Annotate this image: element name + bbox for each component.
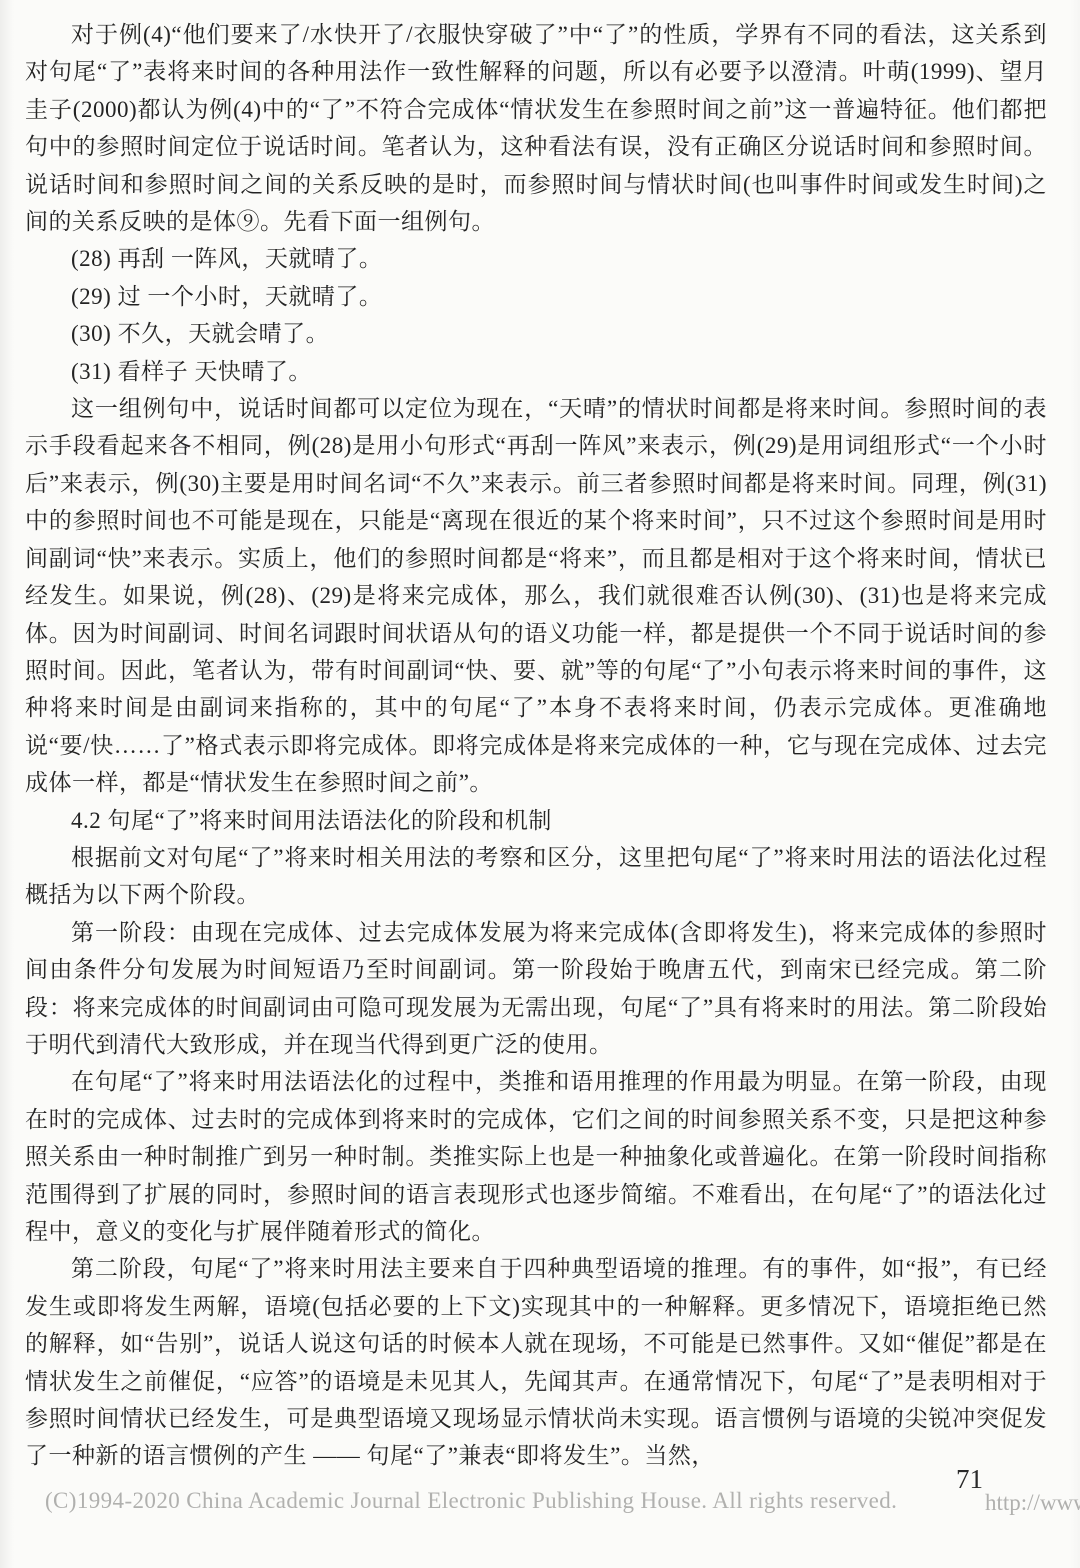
paragraph-stages: 第一阶段：由现在完成体、过去完成体发展为将来完成体(含即将发生)，将来完成体的参… <box>25 914 1047 1064</box>
example-sentence-29: (29) 过 一个小时，天就晴了。 <box>25 278 1047 315</box>
copyright-notice: (C)1994-2020 China Academic Journal Elec… <box>45 1488 897 1514</box>
section-heading-4-2: 4.2 句尾“了”将来时间用法语法化的阶段和机制 <box>25 802 1047 839</box>
paragraph-intro: 对于例(4)“他们要来了/水快开了/衣服快穿破了”中“了”的性质，学界有不同的看… <box>25 16 1047 240</box>
paragraph-stage-one-detail: 在句尾“了”将来时用法语法化的过程中，类推和语用推理的作用最为明显。在第一阶段，… <box>25 1063 1047 1250</box>
paragraph-overview: 根据前文对句尾“了”将来时相关用法的考察和区分，这里把句尾“了”将来时用法的语法… <box>25 839 1047 914</box>
page-number: 71 <box>956 1464 983 1495</box>
example-sentence-30: (30) 不久，天就会晴了。 <box>25 315 1047 352</box>
article-text-column: 对于例(4)“他们要来了/水快开了/衣服快穿破了”中“了”的性质，学界有不同的看… <box>25 16 1047 1475</box>
paragraph-analysis: 这一组例句中，说话时间都可以定位为现在，“天晴”的情状时间都是将来时间。参照时间… <box>25 390 1047 801</box>
paragraph-stage-two-detail: 第二阶段，句尾“了”将来时用法主要来自于四种典型语境的推理。有的事件，如“报”，… <box>25 1250 1047 1474</box>
footer-url-fragment: http://www <box>985 1490 1080 1516</box>
example-sentence-31: (31) 看样子 天快晴了。 <box>25 353 1047 390</box>
scanned-paper-page: 对于例(4)“他们要来了/水快开了/衣服快穿破了”中“了”的性质，学界有不同的看… <box>0 0 1080 1568</box>
example-sentence-28: (28) 再刮 一阵风，天就晴了。 <box>25 240 1047 277</box>
